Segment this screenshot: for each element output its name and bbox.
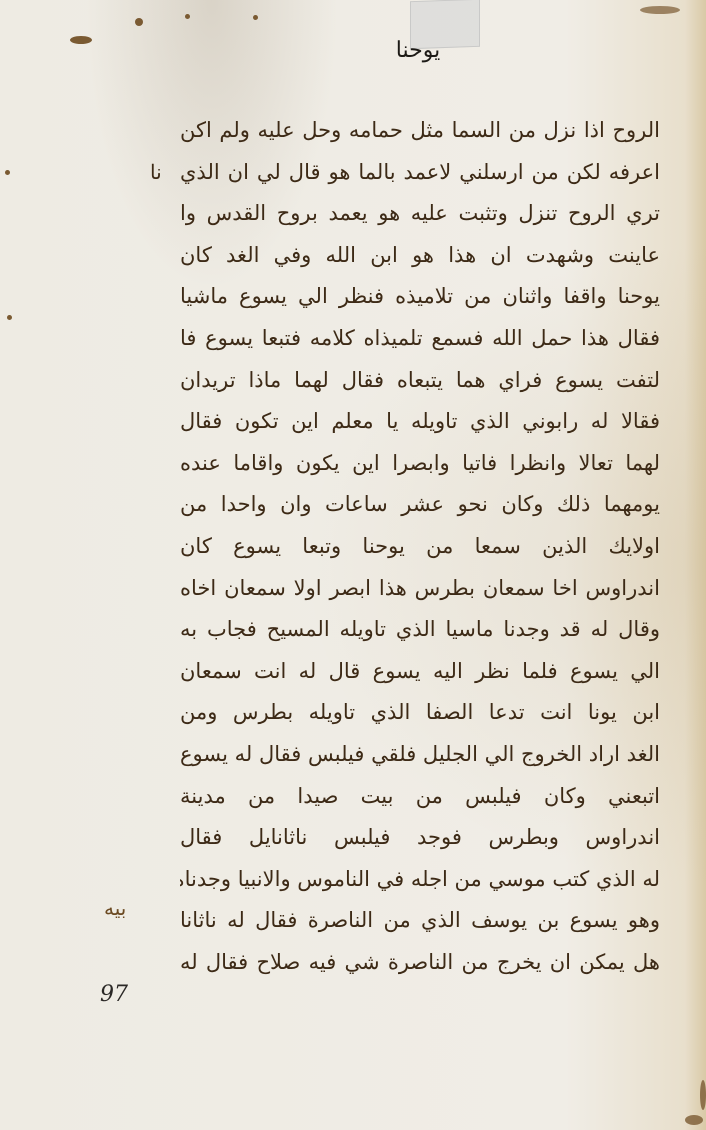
ink-spot <box>135 18 143 26</box>
ink-spot <box>7 315 12 320</box>
ink-spot <box>185 14 190 19</box>
text-line: الغد اراد الخروج الي الجليل فلقي فيلبس ف… <box>180 734 660 776</box>
text-line: عاينت وشهدت ان هذا هو ابن الله وفي الغد … <box>180 235 660 277</box>
ink-spot <box>253 15 258 20</box>
text-line: يوحنا واقفا واثنان من تلاميذه فنظر الي ي… <box>180 276 660 318</box>
text-line: تري الروح تنزل وتثبت عليه هو يعمد بروح ا… <box>180 193 660 235</box>
text-line: وقال له قد وجدنا ماسيا الذي تاويله المسي… <box>180 609 660 651</box>
text-line: اولايك الذين سمعا من يوحنا وتبعا يسوع كا… <box>180 526 660 568</box>
text-line: ابن يونا انت تدعا الصفا الذي تاويله بطرس… <box>180 692 660 734</box>
text-line: لتفت يسوع فراي هما يتبعاه فقال لهما ماذا… <box>180 360 660 402</box>
text-line: اتبعني وكان فيلبس من بيت صيدا من مدينة <box>180 776 660 818</box>
ink-spot <box>640 6 680 14</box>
ink-spot <box>685 1115 703 1125</box>
ink-spot <box>5 170 10 175</box>
text-line: اعرفه لكن من ارسلني لاعمد بالما هو قال ل… <box>180 152 660 194</box>
text-line: اندراوس وبطرس فوجد فيلبس ناثانايل فقال <box>180 817 660 859</box>
folio-number: 97 <box>100 982 128 1007</box>
running-header: يوحنا <box>0 38 706 63</box>
text-line: هل يمكن ان يخرج من الناصرة شي فيه صلاح ف… <box>180 942 660 984</box>
margin-note-lower: بيه <box>104 896 126 920</box>
margin-note-upper: نا <box>150 160 162 184</box>
text-line: الي يسوع فلما نظر اليه يسوع قال له انت س… <box>180 651 660 693</box>
text-line: لهما تعالا وانظرا فاتيا وابصرا اين يكون … <box>180 443 660 485</box>
text-line: وهو يسوع بن يوسف الذي من الناصرة فقال له… <box>180 900 660 942</box>
text-line: له الذي كتب موسي من اجله في الناموس والا… <box>180 859 660 901</box>
text-block: الروح اذا نزل من السما مثل حمامه وحل علي… <box>180 110 660 983</box>
text-line: اندراوس اخا سمعان بطرس هذا ابصر اولا سمع… <box>180 568 660 610</box>
text-line: فقالا له رابوني الذي تاويله يا معلم اين … <box>180 401 660 443</box>
manuscript-page: يوحنا نا الروح اذا نزل من السما مثل حمام… <box>0 0 706 1130</box>
text-line: يومهما ذلك وكان نحو عشر ساعات وان واحدا … <box>180 484 660 526</box>
ink-spot <box>700 1080 706 1110</box>
text-line: فقال هذا حمل الله فسمع تلميذاه كلامه فتب… <box>180 318 660 360</box>
text-line: الروح اذا نزل من السما مثل حمامه وحل علي… <box>180 110 660 152</box>
